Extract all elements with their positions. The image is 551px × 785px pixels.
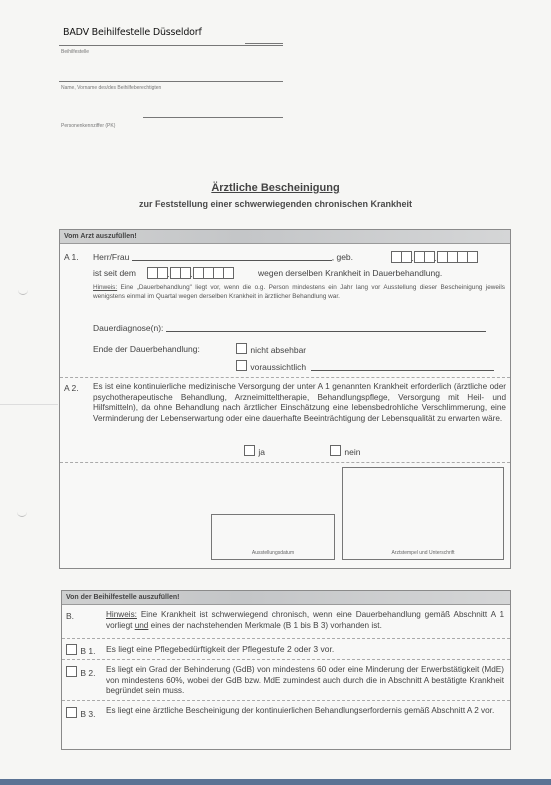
ja-checkbox[interactable] [244, 445, 255, 456]
since-date-field[interactable]: .. [147, 267, 233, 279]
b2-row[interactable]: B 2. [66, 666, 96, 678]
b1-text: Es liegt eine Pflegebedürftigkeit der Pf… [106, 644, 334, 654]
section-a-heading: Vom Arzt auszufüllen! [60, 230, 510, 244]
b-text-2: eines der nachstehenden Merkmale (B 1 bi… [151, 621, 382, 630]
herr-frau-label: Herr/Frau [93, 252, 129, 262]
punch-hole [18, 289, 28, 295]
ausstellungsdatum-field[interactable]: Ausstellungsdatum [211, 514, 335, 560]
b-label: B. [66, 611, 74, 621]
b-hinweis-label: Hinweis: [106, 610, 137, 619]
hinweis-label: Hinweis: [93, 284, 117, 291]
ja-label: ja [258, 447, 265, 457]
window-bottom-bar [0, 779, 551, 785]
ausstellungsdatum-label: Ausstellungsdatum [212, 550, 334, 556]
divider [60, 377, 510, 378]
nicht-absehbar-checkbox[interactable] [236, 343, 247, 354]
header-title: BADV Beihilfestelle Düsseldorf [63, 27, 202, 38]
hinweis-text: Eine „Dauerbehandlung" liegt vor, wenn d… [93, 284, 505, 300]
b3-text: Es liegt eine ärztliche Bescheinigung de… [106, 706, 504, 717]
dauerdiagnose-field[interactable] [166, 323, 486, 332]
geb-label: , geb. [332, 252, 353, 262]
a2-label: A 2. [64, 383, 79, 393]
document-title: Ärztliche Bescheinigung [0, 182, 551, 194]
dauerdiagnose-row: Dauerdiagnose(n): [93, 323, 486, 333]
b1-checkbox[interactable] [66, 644, 77, 655]
b3-row[interactable]: B 3. [66, 707, 96, 719]
voraussichtlich-label: voraussichtlich [250, 362, 306, 372]
name-line[interactable] [59, 81, 283, 82]
option-nicht-absehbar[interactable]: nicht absehbar [236, 343, 306, 355]
punch-hole [17, 511, 27, 517]
option-nein[interactable]: nein [330, 445, 360, 457]
fold-line [0, 404, 58, 405]
section-b-heading: Von der Beihilfestelle auszufüllen! [62, 591, 510, 605]
dauerdiagnose-label: Dauerdiagnose(n): [93, 323, 163, 333]
b1-label: B 1. [80, 646, 95, 656]
section-a-box: Vom Arzt auszufüllen! A 1. Herr/Frau , g… [59, 229, 511, 569]
beihilfestelle-label: Beihilfestelle [61, 49, 89, 55]
a2-text: Es ist eine kontinuierliche medizinische… [93, 382, 506, 424]
a1-hinweis: Hinweis: Eine „Dauerbehandlung" liegt vo… [93, 284, 505, 301]
patient-name-field[interactable] [132, 252, 332, 261]
divider [62, 659, 510, 660]
b-und: und [135, 621, 149, 630]
a1-name-row: Herr/Frau , geb. [93, 252, 353, 262]
b2-text: Es liegt ein Grad der Behinderung (GdB) … [106, 665, 504, 697]
birthdate-field[interactable]: .. [391, 251, 477, 263]
arztstempel-label: Arztstempel und Unterschrift [343, 550, 503, 556]
beihilfestelle-line-extra [245, 43, 283, 44]
b2-checkbox[interactable] [66, 666, 77, 677]
name-label: Name, Vorname des/des Beihilfeberechtigt… [61, 85, 161, 91]
wegen-text: wegen derselben Krankheit in Dauerbehand… [258, 268, 442, 278]
option-ja[interactable]: ja [244, 445, 265, 457]
option-voraussichtlich[interactable]: voraussichtlich [236, 360, 494, 372]
voraussichtlich-date-field[interactable] [311, 362, 494, 371]
voraussichtlich-checkbox[interactable] [236, 360, 247, 371]
beihilfestelle-line[interactable] [59, 45, 283, 46]
b2-label: B 2. [80, 668, 95, 678]
divider [62, 700, 510, 701]
nein-checkbox[interactable] [330, 445, 341, 456]
seit-dem-label: ist seit dem [93, 268, 136, 278]
b1-row[interactable]: B 1. [66, 644, 96, 656]
nicht-absehbar-label: nicht absehbar [250, 345, 306, 355]
divider [60, 462, 510, 463]
b-hinweis: Hinweis: Eine Krankheit ist schwerwiegen… [106, 610, 504, 631]
pk-line[interactable] [143, 117, 283, 118]
section-b-box: Von der Beihilfestelle auszufüllen! B. H… [61, 590, 511, 750]
ende-label: Ende der Dauerbehandlung: [93, 344, 200, 354]
arztstempel-field[interactable]: Arztstempel und Unterschrift [342, 467, 504, 560]
divider [62, 638, 510, 639]
b3-label: B 3. [80, 709, 95, 719]
b3-checkbox[interactable] [66, 707, 77, 718]
nein-label: nein [344, 447, 360, 457]
a1-label: A 1. [64, 252, 79, 262]
document-subtitle: zur Feststellung einer schwerwiegenden c… [0, 199, 551, 209]
pk-label: Personenkennziffer (PK) [61, 123, 115, 129]
faint-watermark [238, 137, 358, 155]
